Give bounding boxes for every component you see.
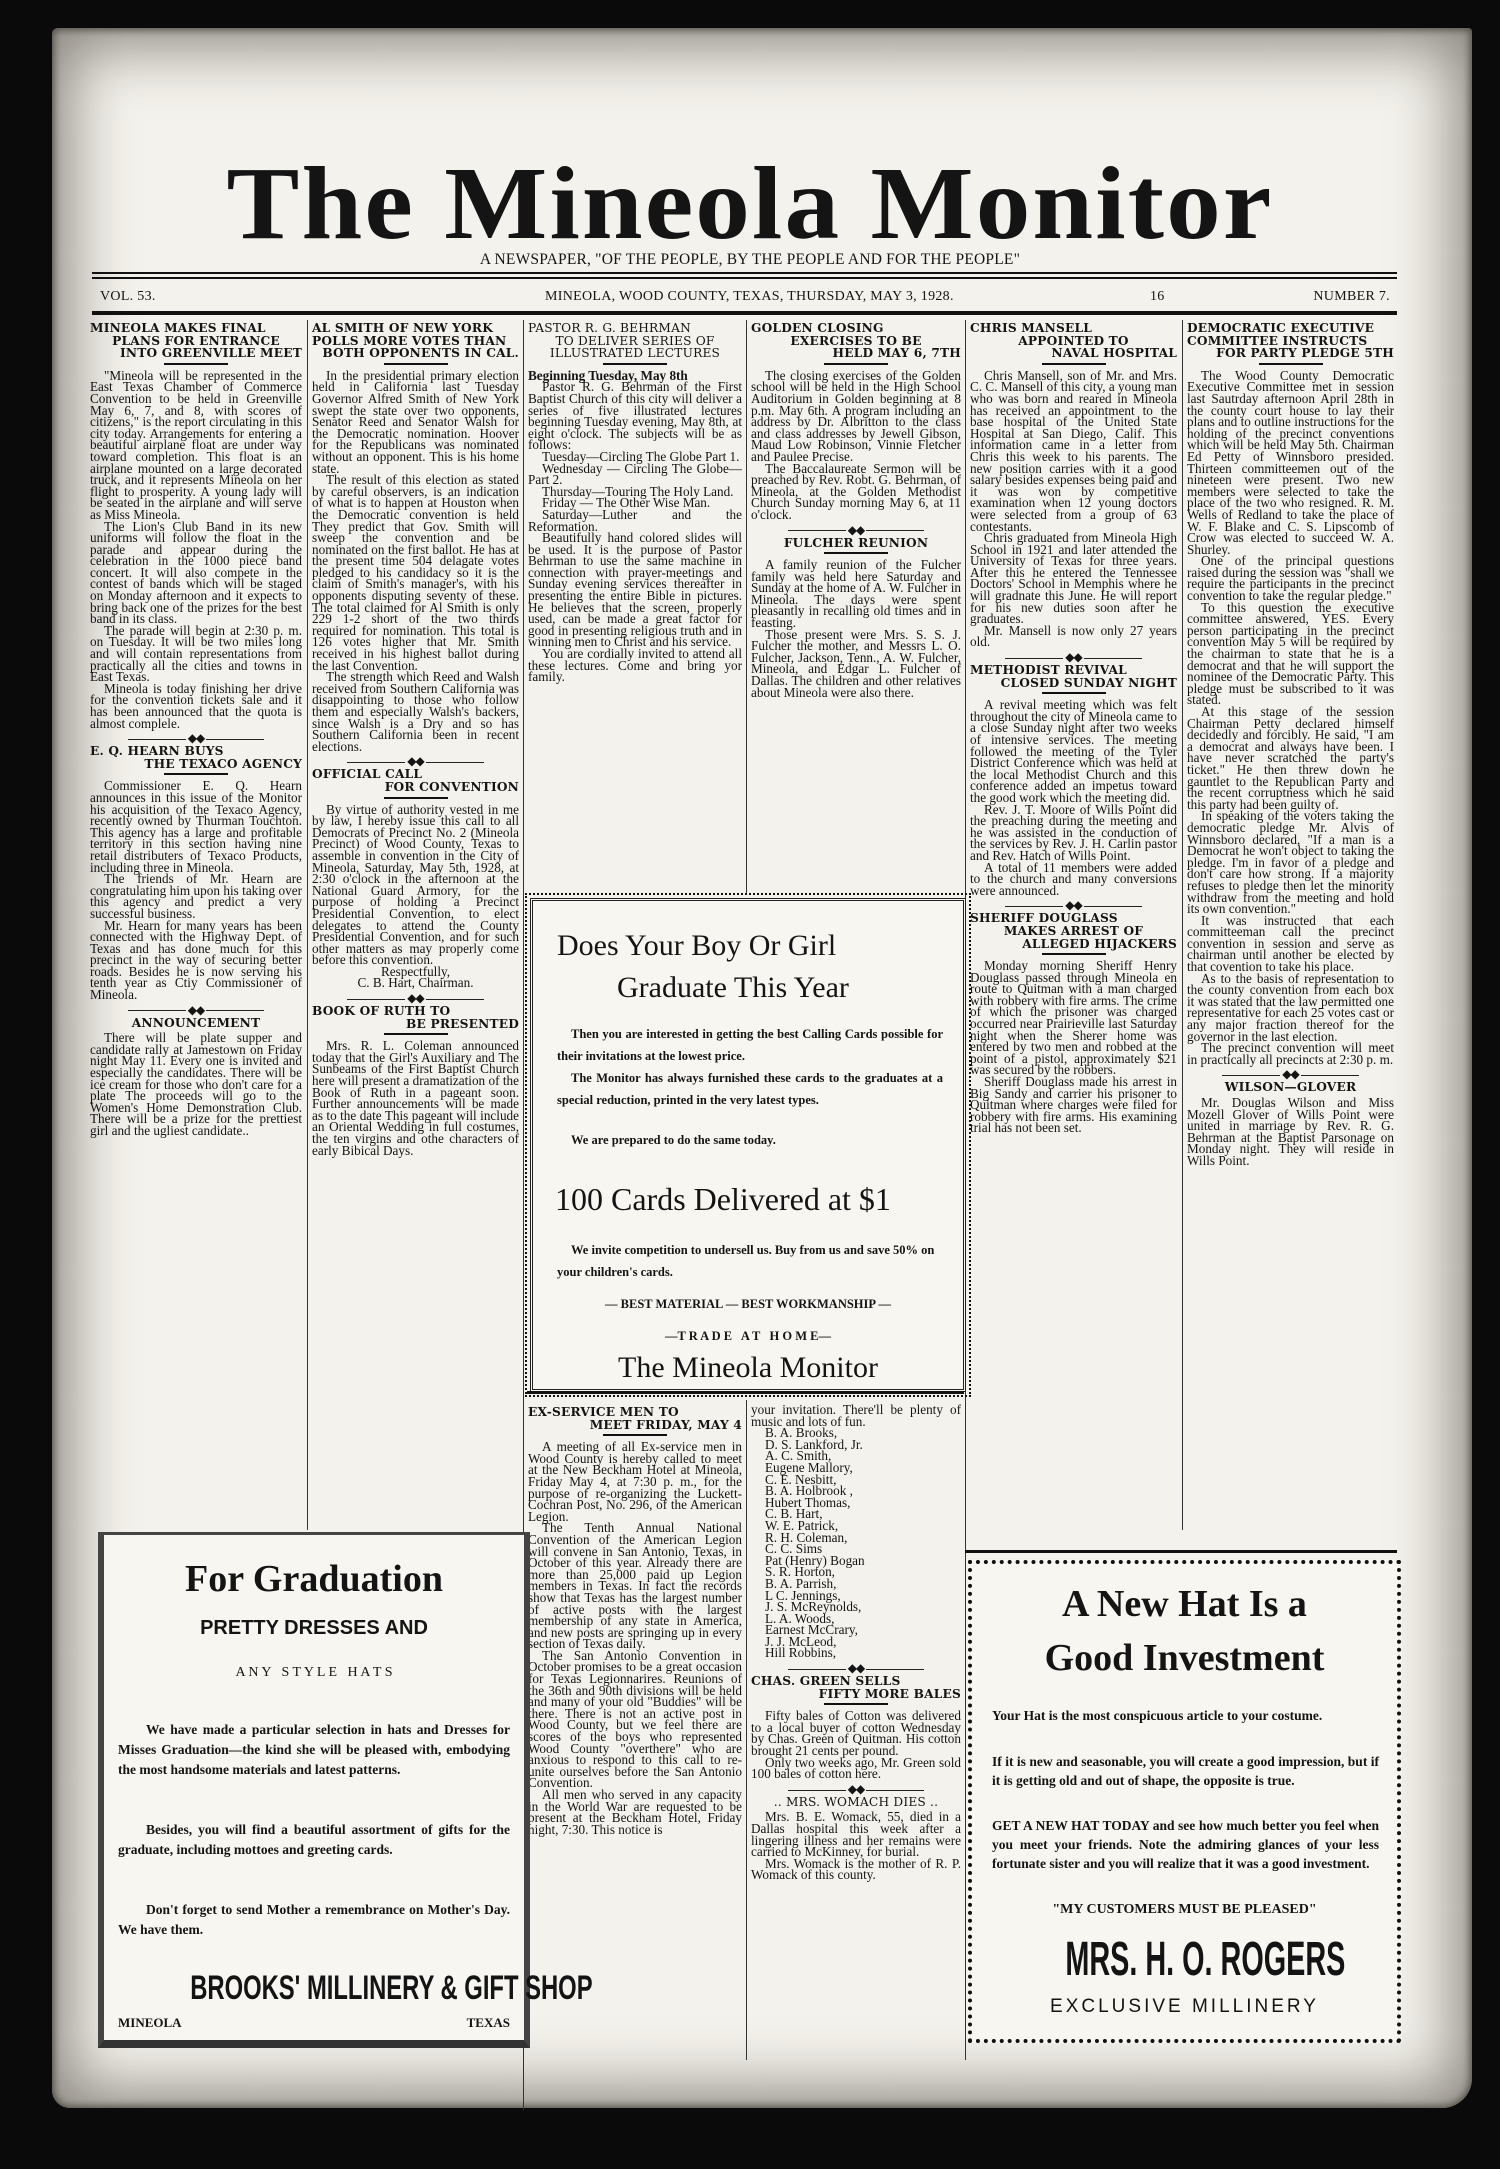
- article-body-behrman-lectures: Beginning Tuesday, May 8th Pastor R. G. …: [528, 370, 742, 683]
- ad-rule: [527, 1391, 964, 1394]
- article-body-golden-closing: The closing exercises of the Golden scho…: [751, 370, 961, 521]
- ad-body: Your Hat is the most conspicuous article…: [992, 1706, 1379, 1725]
- headline-dash: [1042, 363, 1106, 365]
- header-rule: [92, 311, 1397, 315]
- ad-brooks-millinery: For Graduation PRETTY DRESSES AND A N Y …: [98, 1532, 530, 2048]
- headline-behrman-lectures: PASTOR R. G. BEHRMAN TO DELIVER SERIES O…: [528, 322, 742, 360]
- article-body-wilson-glover: Mr. Douglas Wilson and Miss Mozell Glove…: [1187, 1097, 1394, 1167]
- headline-dash: [1259, 363, 1323, 365]
- ad-trade-at-home: —T R A D E A T H O M E—: [533, 1329, 963, 1344]
- column-2: AL SMITH OF NEW YORK POLLS MORE VOTES TH…: [312, 320, 519, 1156]
- ad-rule: [965, 1550, 1397, 1553]
- article-body-official-call: By virtue of authority vested in me by l…: [312, 804, 519, 990]
- headline-dash: [1042, 953, 1106, 955]
- ad-body: We have made a particular selection in h…: [118, 1720, 510, 1780]
- ad-body: Don't forget to send Mother a remembranc…: [118, 1900, 510, 1940]
- headline-dash: [384, 363, 448, 365]
- ornament-divider: ◆◆: [751, 1663, 961, 1673]
- headline-hearn-texaco: E. Q. HEARN BUYS THE TEXACO AGENCY: [90, 745, 302, 770]
- headline-democratic-committee: DEMOCRATIC EXECUTIVE COMMITTEE INSTRUCTS…: [1187, 322, 1394, 360]
- article-continuation-ex-service: your invitation. There'll be plenty of m…: [751, 1404, 961, 1659]
- headline-dash: [824, 363, 888, 365]
- ad-body: Then you are interested in getting the b…: [557, 1023, 943, 1067]
- article-body-hearn-texaco: Commissioner E. Q. Hearn announces in th…: [90, 780, 302, 1000]
- ad-headline: Good Investment: [972, 1636, 1397, 1680]
- ad-motto: "MY CUSTOMERS MUST BE PLEASED": [972, 1902, 1397, 1918]
- ornament-divider: ◆◆: [751, 525, 961, 535]
- headline-book-of-ruth: BOOK OF RUTH TO BE PRESENTED: [312, 1005, 519, 1030]
- article-body-sheriff-douglass: Monday morning Sheriff Henry Douglass pa…: [970, 960, 1177, 1134]
- headline-fulcher-reunion: FULCHER REUNION: [751, 537, 961, 550]
- headline-al-smith: AL SMITH OF NEW YORK POLLS MORE VOTES TH…: [312, 322, 519, 360]
- headline-golden-closing: GOLDEN CLOSING EXERCISES TO BE HELD MAY …: [751, 322, 961, 360]
- masthead-title: The Mineola Monitor: [0, 152, 1500, 256]
- column-4-bottom: your invitation. There'll be plenty of m…: [751, 1404, 961, 1881]
- column-6: DEMOCRATIC EXECUTIVE COMMITTEE INSTRUCTS…: [1187, 320, 1394, 1167]
- issue-number: NUMBER 7.: [1313, 289, 1390, 305]
- headline-dash: [384, 797, 448, 799]
- column-rule: [1182, 320, 1183, 1530]
- headline-dash: [824, 552, 888, 554]
- column-rule: [307, 320, 308, 1530]
- ad-state: TEXAS: [467, 2015, 510, 2031]
- headline-dash: [824, 1703, 888, 1705]
- article-body-democratic-committee: The Wood County Democratic Executive Com…: [1187, 370, 1394, 1066]
- ad-slogan: — BEST MATERIAL — BEST WORKMANSHIP —: [533, 1297, 963, 1312]
- article-body-methodist-revival: A revival meeting which was felt through…: [970, 699, 1177, 896]
- article-body-mineola-greenville: "Mineola will be represented in the East…: [90, 370, 302, 729]
- headline-announcement: ANNOUNCEMENT: [90, 1017, 302, 1030]
- column-rule: [746, 320, 747, 895]
- column-3-top: PASTOR R. G. BEHRMAN TO DELIVER SERIES O…: [528, 320, 742, 683]
- headline-sheriff-douglass: SHERIFF DOUGLASS MAKES ARREST OF ALLEGED…: [970, 912, 1177, 950]
- ad-shop-name: BROOKS' MILLINERY & GIFT SHOP: [104, 1969, 524, 2008]
- article-body-announcement: There will be plate supper and candidate…: [90, 1032, 302, 1136]
- ad-proprietor: MRS. H. O. ROGERS: [972, 1932, 1397, 1987]
- column-4-top: GOLDEN CLOSING EXERCISES TO BE HELD MAY …: [751, 320, 961, 698]
- column-5: CHRIS MANSELL APPOINTED TO NAVAL HOSPITA…: [970, 320, 1177, 1134]
- headline-mineola-greenville: MINEOLA MAKES FINAL PLANS FOR ENTRANCE I…: [90, 322, 302, 360]
- ad-body: We invite competition to undersell us. B…: [557, 1239, 943, 1283]
- ad-rogers-millinery: A New Hat Is a Good Investment Your Hat …: [968, 1560, 1401, 2043]
- ornament-divider: ◆◆: [312, 756, 519, 766]
- ad-subhead: A N Y S T Y L E H A T S: [104, 1665, 524, 1681]
- dateline-bar: VOL. 53. MINEOLA, WOOD COUNTY, TEXAS, TH…: [100, 289, 1390, 307]
- ornament-divider: ◆◆: [970, 652, 1177, 662]
- ad-headline: For Graduation: [104, 1557, 524, 1601]
- headline-womack: .. MRS. WOMACH DIES ..: [751, 1796, 961, 1809]
- article-body-chris-mansell: Chris Mansell, son of Mr. and Mrs. C. C.…: [970, 370, 1177, 648]
- ad-trade: EXCLUSIVE MILLINERY: [972, 1996, 1397, 2018]
- ad-body: If it is new and seasonable, you will cr…: [992, 1752, 1379, 1790]
- signatory-list: B. A. Brooks,D. S. Lankford, Jr.A. C. Sm…: [751, 1427, 961, 1659]
- headline-ex-service-men: EX-SERVICE MEN TO MEET FRIDAY, MAY 4: [528, 1406, 742, 1431]
- headline-wilson-glover: WILSON—GLOVER: [1187, 1081, 1394, 1094]
- ad-graduation-cards: Does Your Boy Or Girl Graduate This Year…: [530, 898, 966, 1392]
- article-body-chas-green: Fifty bales of Cotton was delivered to a…: [751, 1710, 961, 1780]
- article-body-fulcher-reunion: A family reunion of the Fulcher family w…: [751, 559, 961, 698]
- ad-city: MINEOLA: [118, 2015, 524, 2031]
- ornament-divider: ◆◆: [90, 733, 302, 743]
- ad-body: The Monitor has always furnished these c…: [557, 1067, 943, 1111]
- headline-dash: [164, 773, 228, 775]
- ad-brand: The Mineola Monitor: [533, 1351, 963, 1385]
- ad-body: We are prepared to do the same today.: [571, 1133, 943, 1148]
- ad-headline: Does Your Boy Or Girl: [557, 929, 963, 963]
- ad-subhead: PRETTY DRESSES AND: [104, 1617, 524, 1640]
- headline-dash: [384, 1033, 448, 1035]
- volume-label: VOL. 53.: [100, 289, 156, 305]
- ornament-divider: ◆◆: [970, 900, 1177, 910]
- ornament-divider: ◆◆: [1187, 1069, 1394, 1079]
- headline-chris-mansell: CHRIS MANSELL APPOINTED TO NAVAL HOSPITA…: [970, 322, 1177, 360]
- headline-methodist-revival: METHODIST REVIVAL CLOSED SUNDAY NIGHT: [970, 664, 1177, 689]
- ornament-divider: ◆◆: [312, 993, 519, 1003]
- headline-dash: [603, 363, 667, 365]
- headline-dash: [164, 363, 228, 365]
- article-body-womack: Mrs. B. E. Womack, 55, died in a Dallas …: [751, 1811, 961, 1881]
- ad-body: GET A NEW HAT TODAY and see how much bet…: [992, 1816, 1379, 1873]
- column-rule: [746, 1400, 747, 2060]
- ornament-divider: ◆◆: [751, 1784, 961, 1794]
- article-body-ex-service-men: A meeting of all Ex-service men in Wood …: [528, 1441, 742, 1835]
- masthead-tagline: A NEWSPAPER, "OF THE PEOPLE, BY THE PEOP…: [0, 251, 1500, 269]
- ad-headline: A New Hat Is a: [972, 1582, 1397, 1626]
- ad-offer: 100 Cards Delivered at $1: [555, 1181, 963, 1218]
- headline-dash: [1042, 692, 1106, 694]
- headline-official-call: OFFICIAL CALL FOR CONVENTION: [312, 768, 519, 793]
- headline-dash: [603, 1434, 667, 1436]
- article-body-al-smith: In the presidential primary election hel…: [312, 370, 519, 753]
- ad-headline: Graduate This Year: [617, 971, 963, 1005]
- ad-body: Besides, you will find a beautiful assor…: [118, 1820, 510, 1860]
- masthead-rule: [92, 272, 1397, 279]
- price-label: 16: [1150, 289, 1165, 305]
- article-body-book-of-ruth: Mrs. R. L. Coleman announced today that …: [312, 1040, 519, 1156]
- ornament-divider: ◆◆: [90, 1005, 302, 1015]
- headline-chas-green: CHAS. GREEN SELLS FIFTY MORE BALES: [751, 1675, 961, 1700]
- dateline: MINEOLA, WOOD COUNTY, TEXAS, THURSDAY, M…: [545, 289, 954, 305]
- column-1: MINEOLA MAKES FINAL PLANS FOR ENTRANCE I…: [90, 320, 302, 1137]
- column-3-bottom: EX-SERVICE MEN TO MEET FRIDAY, MAY 4 A m…: [528, 1404, 742, 1835]
